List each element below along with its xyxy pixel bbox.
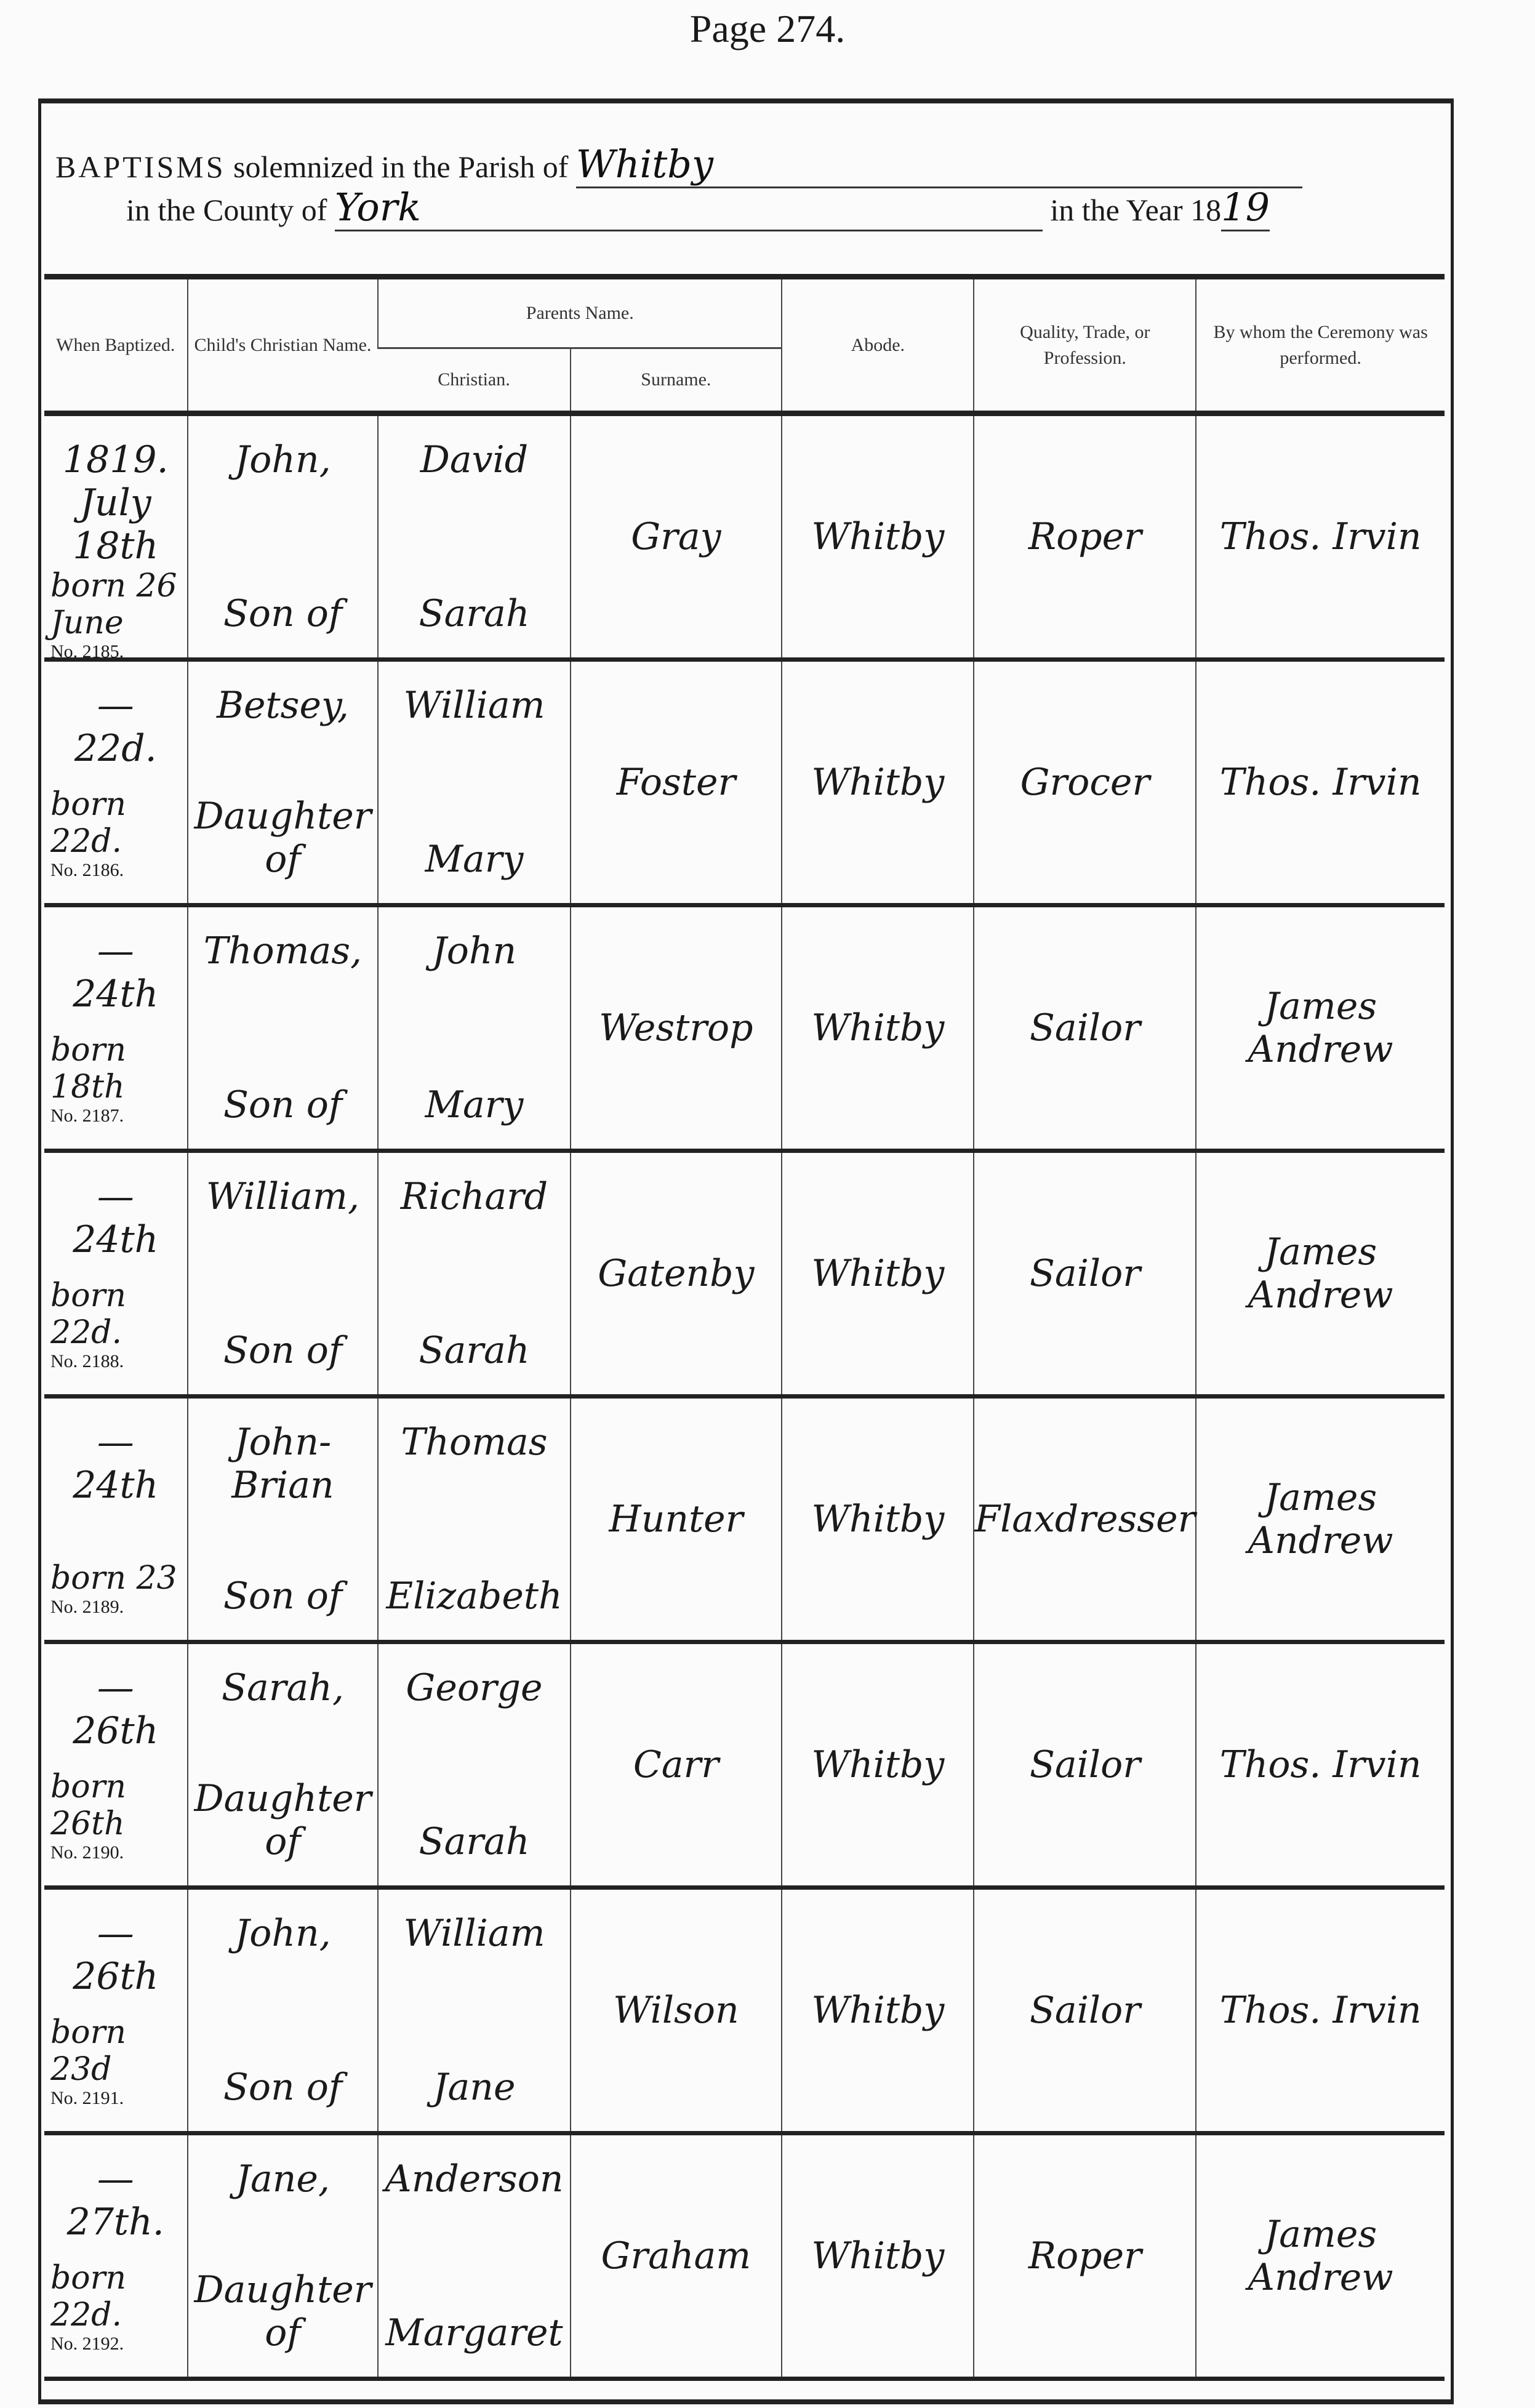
father-name: George [385, 1666, 563, 1709]
abode: Whitby [782, 660, 974, 905]
abode: Whitby [782, 1151, 974, 1397]
mother-name: Mary [385, 838, 563, 881]
register-number: No. 2187. [50, 1106, 181, 1126]
register-number: No. 2191. [50, 2088, 181, 2109]
birth-date: born 23 [50, 1560, 181, 1597]
baptism-date: 1819. July 18th [50, 438, 181, 568]
year-label: in the Year 18 [1050, 193, 1221, 227]
cell-child: Sarah, Daughter of [188, 1642, 379, 1888]
cell-child: Thomas, Son of [188, 905, 379, 1151]
county-label: in the County of [126, 193, 327, 227]
cell-date: — 27th. born 22d. No. 2192. [44, 2133, 188, 2379]
county-value: York [335, 185, 1043, 231]
relation: Daughter of [194, 795, 372, 881]
officiant: James Andrew [1196, 1151, 1445, 1397]
col-quality: Quality, Trade, or Profession. [974, 277, 1196, 414]
mother-name: Elizabeth [385, 1575, 563, 1618]
col-parents-surname: Surname. [571, 348, 782, 414]
cell-child: Jane, Daughter of [188, 2133, 379, 2379]
baptism-date: — 24th [50, 1421, 181, 1507]
cell-child: John, Son of [188, 1888, 379, 2133]
father-name: Anderson [385, 2157, 563, 2201]
col-when-baptized: When Baptized. [44, 277, 188, 414]
cell-date: — 24th born 22d. No. 2188. [44, 1151, 188, 1397]
surname: Carr [571, 1642, 782, 1888]
baptism-date: — 24th [50, 1175, 181, 1261]
cell-date: — 26th born 23d No. 2191. [44, 1888, 188, 2133]
trade: Sailor [974, 1642, 1196, 1888]
trade: Sailor [974, 1888, 1196, 2133]
relation: Son of [194, 592, 372, 635]
cell-date: — 22d. born 22d. No. 2186. [44, 660, 188, 905]
cell-parents-christian: William Mary [378, 660, 570, 905]
trade: Grocer [974, 660, 1196, 905]
abode: Whitby [782, 1397, 974, 1642]
father-name: Richard [385, 1175, 563, 1218]
cell-parents-christian: David Sarah [378, 414, 570, 660]
table-row: — 22d. born 22d. No. 2186. Betsey, Daugh… [44, 660, 1445, 905]
col-parents-christian: Christian. [378, 348, 570, 414]
father-name: David [385, 438, 563, 481]
cell-date: — 24th born 18th No. 2187. [44, 905, 188, 1151]
year-value: 19 [1221, 185, 1270, 231]
surname: Gray [571, 414, 782, 660]
birth-date: born 26th [50, 1768, 181, 1842]
birth-date: born 22d. [50, 1277, 181, 1351]
birth-date: born 22d. [50, 786, 181, 860]
register-number: No. 2190. [50, 1842, 181, 1863]
cell-child: William, Son of [188, 1151, 379, 1397]
birth-date: born 23d [50, 2014, 181, 2088]
officiant: Thos. Irvin [1196, 660, 1445, 905]
child-name: John, [194, 1912, 372, 1955]
relation: Daughter of [194, 2268, 372, 2354]
mother-name: Sarah [385, 1329, 563, 1372]
baptism-date: — 26th [50, 1912, 181, 1998]
table-row: — 24th born 23 No. 2189. John-Brian Son … [44, 1397, 1445, 1642]
child-name: John-Brian [194, 1421, 372, 1507]
birth-date: born 22d. [50, 2260, 181, 2334]
col-child-name: Child's Christian Name. [188, 277, 379, 414]
child-name: Thomas, [194, 929, 372, 973]
abode: Whitby [782, 905, 974, 1151]
father-name: William [385, 684, 563, 727]
abode: Whitby [782, 1888, 974, 2133]
child-name: Sarah, [194, 1666, 372, 1709]
abode: Whitby [782, 1642, 974, 1888]
baptism-date: — 26th [50, 1666, 181, 1752]
relation: Son of [194, 2066, 372, 2109]
relation: Daughter of [194, 1777, 372, 1863]
relation: Son of [194, 1329, 372, 1372]
officiant: James Andrew [1196, 1397, 1445, 1642]
table-row: — 26th born 23d No. 2191. John, Son of W… [44, 1888, 1445, 2133]
col-ceremony-by: By whom the Ceremony was performed. [1196, 277, 1445, 414]
cell-date: — 24th born 23 No. 2189. [44, 1397, 188, 1642]
abode: Whitby [782, 414, 974, 660]
trade: Sailor [974, 1151, 1196, 1397]
register-number: No. 2189. [50, 1597, 181, 1618]
relation: Son of [194, 1575, 372, 1618]
page-title: Page 274. [0, 6, 1535, 52]
register-heading: BAPTISMS solemnized in the Parish of Whi… [55, 142, 1302, 188]
trade: Roper [974, 2133, 1196, 2379]
child-name: William, [194, 1175, 372, 1218]
table-row: — 24th born 18th No. 2187. Thomas, Son o… [44, 905, 1445, 1151]
baptism-date: — 24th [50, 929, 181, 1016]
cell-child: John-Brian Son of [188, 1397, 379, 1642]
trade: Sailor [974, 905, 1196, 1151]
cell-child: John, Son of [188, 414, 379, 660]
cell-parents-christian: William Jane [378, 1888, 570, 2133]
cell-date: 1819. July 18th born 26 June No. 2185. [44, 414, 188, 660]
child-name: John, [194, 438, 372, 481]
surname: Wilson [571, 1888, 782, 2133]
birth-date: born 26 June [50, 568, 181, 641]
father-name: John [385, 929, 563, 973]
baptism-date: — 27th. [50, 2157, 181, 2244]
trade: Flaxdresser [974, 1397, 1196, 1642]
register-number: No. 2192. [50, 2334, 181, 2354]
parish-value: Whitby [576, 142, 1302, 188]
surname: Graham [571, 2133, 782, 2379]
baptism-date: — 22d. [50, 684, 181, 770]
cell-parents-christian: Anderson Margaret [378, 2133, 570, 2379]
col-abode: Abode. [782, 277, 974, 414]
father-name: William [385, 1912, 563, 1955]
cell-parents-christian: George Sarah [378, 1642, 570, 1888]
table-row: — 24th born 22d. No. 2188. William, Son … [44, 1151, 1445, 1397]
table-row: — 26th born 26th No. 2190. Sarah, Daught… [44, 1642, 1445, 1888]
mother-name: Sarah [385, 592, 563, 635]
baptisms-label: BAPTISMS [55, 150, 226, 184]
child-name: Betsey, [194, 684, 372, 727]
child-name: Jane, [194, 2157, 372, 2201]
mother-name: Mary [385, 1083, 563, 1126]
cell-date: — 26th born 26th No. 2190. [44, 1642, 188, 1888]
mother-name: Sarah [385, 1820, 563, 1863]
surname: Westrop [571, 905, 782, 1151]
mother-name: Margaret [385, 2311, 563, 2354]
surname: Foster [571, 660, 782, 905]
officiant: Thos. Irvin [1196, 414, 1445, 660]
col-parents-name: Parents Name. [378, 277, 782, 348]
cell-parents-christian: John Mary [378, 905, 570, 1151]
table-row: 1819. July 18th born 26 June No. 2185. J… [44, 414, 1445, 660]
cell-parents-christian: Thomas Elizabeth [378, 1397, 570, 1642]
register-number: No. 2188. [50, 1351, 181, 1372]
register-number: No. 2186. [50, 860, 181, 881]
cell-parents-christian: Richard Sarah [378, 1151, 570, 1397]
cell-child: Betsey, Daughter of [188, 660, 379, 905]
baptism-register-table: When Baptized. Child's Christian Name. P… [44, 274, 1445, 2381]
relation: Son of [194, 1083, 372, 1126]
officiant: Thos. Irvin [1196, 1642, 1445, 1888]
abode: Whitby [782, 2133, 974, 2379]
father-name: Thomas [385, 1421, 563, 1464]
surname: Gatenby [571, 1151, 782, 1397]
birth-date: born 18th [50, 1032, 181, 1106]
parish-label: solemnized in the Parish of [233, 150, 568, 184]
officiant: James Andrew [1196, 2133, 1445, 2379]
table-row: — 27th. born 22d. No. 2192. Jane, Daught… [44, 2133, 1445, 2379]
surname: Hunter [571, 1397, 782, 1642]
trade: Roper [974, 414, 1196, 660]
officiant: Thos. Irvin [1196, 1888, 1445, 2133]
mother-name: Jane [385, 2066, 563, 2109]
officiant: James Andrew [1196, 905, 1445, 1151]
